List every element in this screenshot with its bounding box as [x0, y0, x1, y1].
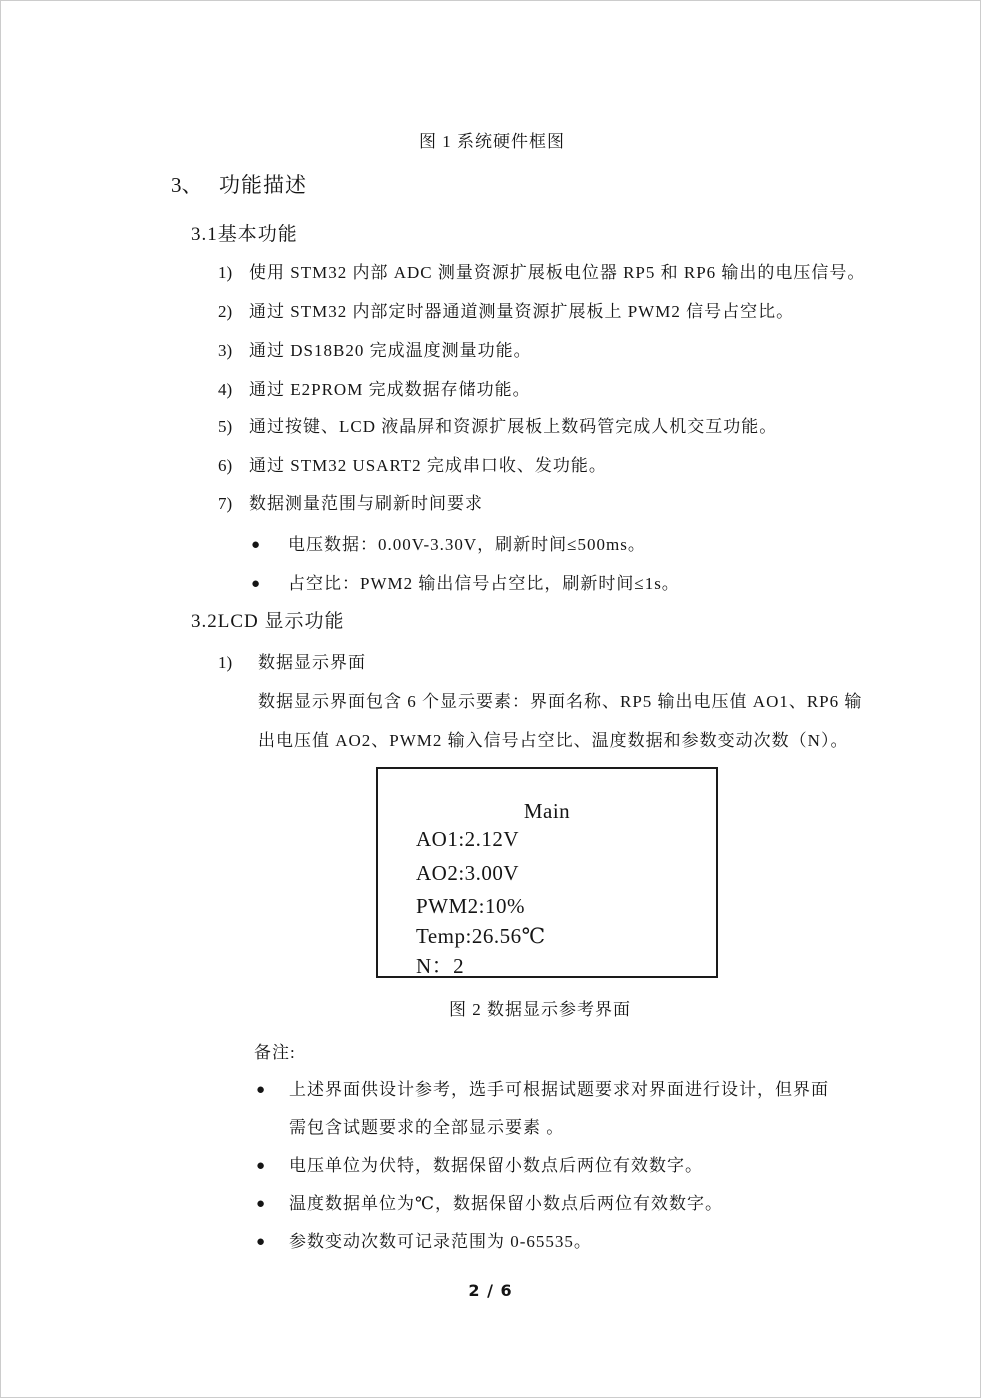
paragraph-line: 数据显示界面包含 6 个显示要素：界面名称、RP5 输出电压值 AO1、RP6 … — [258, 692, 862, 712]
sub-bullet-item: ●占空比：PWM2 输出信号占空比，刷新时间≤1s。 — [251, 574, 680, 594]
list-item: 6)通过 STM32 USART2 完成串口收、发功能。 — [218, 456, 607, 476]
item-text: 数据显示界面 — [258, 653, 366, 672]
subsection-lcd-heading: 3.2LCD 显示功能 — [191, 611, 345, 633]
item-text: 通过 STM32 内部定时器通道测量资源扩展板上 PWM2 信号占空比。 — [249, 302, 794, 321]
bullet-icon: ● — [256, 1234, 289, 1251]
lcd-line-temp: Temp:26.56℃ — [416, 926, 546, 947]
sub-bullet-item: ●电压数据：0.00V-3.30V，刷新时间≤500ms。 — [251, 535, 646, 555]
bullet-text: 电压单位为伏特，数据保留小数点后两位有效数字。 — [289, 1156, 703, 1175]
note-bullet-continuation: 需包含试题要求的全部显示要素 。 — [289, 1118, 564, 1138]
lcd-line-ao2: AO2:3.00V — [416, 863, 519, 884]
list-item: 1)使用 STM32 内部 ADC 测量资源扩展板电位器 RP5 和 RP6 输… — [218, 263, 865, 283]
list-item: 4)通过 E2PROM 完成数据存储功能。 — [218, 380, 531, 400]
bullet-text: 电压数据：0.00V-3.30V，刷新时间≤500ms。 — [288, 535, 646, 554]
document-page: 图 1 系统硬件框图 3、功能描述 3.1基本功能 1)使用 STM32 内部 … — [0, 0, 981, 1398]
item-number: 4) — [218, 380, 249, 400]
item-text: 使用 STM32 内部 ADC 测量资源扩展板电位器 RP5 和 RP6 输出的… — [249, 263, 865, 282]
bullet-icon: ● — [251, 537, 288, 554]
item-number: 1) — [218, 653, 258, 673]
item-number: 5) — [218, 417, 249, 437]
item-text: 通过按键、LCD 液晶屏和资源扩展板上数码管完成人机交互功能。 — [249, 417, 777, 436]
bullet-text: 上述界面供设计参考，选手可根据试题要求对界面进行设计，但界面 — [289, 1080, 829, 1099]
note-bullet-item: ●参数变动次数可记录范围为 0-65535。 — [256, 1232, 592, 1252]
subsection-basic-heading: 3.1基本功能 — [191, 224, 298, 246]
item-number: 7) — [218, 494, 249, 514]
list-item: 7)数据测量范围与刷新时间要求 — [218, 494, 483, 514]
item-number: 1) — [218, 263, 249, 283]
item-number: 6) — [218, 456, 249, 476]
bullet-text: 参数变动次数可记录范围为 0-65535。 — [289, 1232, 592, 1251]
note-bullet-item: ●温度数据单位为℃，数据保留小数点后两位有效数字。 — [256, 1194, 723, 1214]
note-bullet-item: ●电压单位为伏特，数据保留小数点后两位有效数字。 — [256, 1156, 703, 1176]
bullet-icon: ● — [256, 1196, 289, 1213]
item-text: 数据测量范围与刷新时间要求 — [249, 494, 483, 513]
figure2-caption: 图 2 数据显示参考界面 — [449, 1000, 631, 1020]
bullet-icon: ● — [256, 1158, 289, 1175]
page-number: 2 / 6 — [1, 1282, 980, 1300]
section-heading: 3、功能描述 — [171, 173, 307, 197]
list-item: 5)通过按键、LCD 液晶屏和资源扩展板上数码管完成人机交互功能。 — [218, 417, 777, 437]
item-number: 3) — [218, 341, 249, 361]
item-text: 通过 E2PROM 完成数据存储功能。 — [249, 380, 531, 399]
bullet-icon: ● — [256, 1082, 289, 1099]
paragraph-line: 出电压值 AO2、PWM2 输入信号占空比、温度数据和参数变动次数（N）。 — [258, 731, 848, 751]
section-number: 3、 — [171, 173, 219, 197]
section-title: 功能描述 — [219, 173, 307, 197]
lcd-line-pwm2: PWM2:10% — [416, 896, 525, 917]
lcd-screen-box: Main AO1:2.12V AO2:3.00V PWM2:10% Temp:2… — [376, 767, 718, 978]
bullet-text: 占空比：PWM2 输出信号占空比，刷新时间≤1s。 — [288, 574, 680, 593]
lcd-line-n: N：2 — [416, 956, 464, 977]
bullet-icon: ● — [251, 576, 288, 593]
lcd-screen-title: Main — [378, 801, 716, 822]
notes-label: 备注: — [254, 1043, 296, 1063]
lcd-list-item: 1)数据显示界面 — [218, 653, 366, 673]
note-bullet-item: ●上述界面供设计参考，选手可根据试题要求对界面进行设计，但界面 — [256, 1080, 829, 1100]
item-text: 通过 STM32 USART2 完成串口收、发功能。 — [249, 456, 607, 475]
list-item: 3)通过 DS18B20 完成温度测量功能。 — [218, 341, 532, 361]
item-number: 2) — [218, 302, 249, 322]
lcd-line-ao1: AO1:2.12V — [416, 829, 519, 850]
figure1-caption: 图 1 系统硬件框图 — [419, 132, 565, 152]
item-text: 通过 DS18B20 完成温度测量功能。 — [249, 341, 532, 360]
bullet-text: 温度数据单位为℃，数据保留小数点后两位有效数字。 — [289, 1194, 723, 1213]
list-item: 2)通过 STM32 内部定时器通道测量资源扩展板上 PWM2 信号占空比。 — [218, 302, 794, 322]
